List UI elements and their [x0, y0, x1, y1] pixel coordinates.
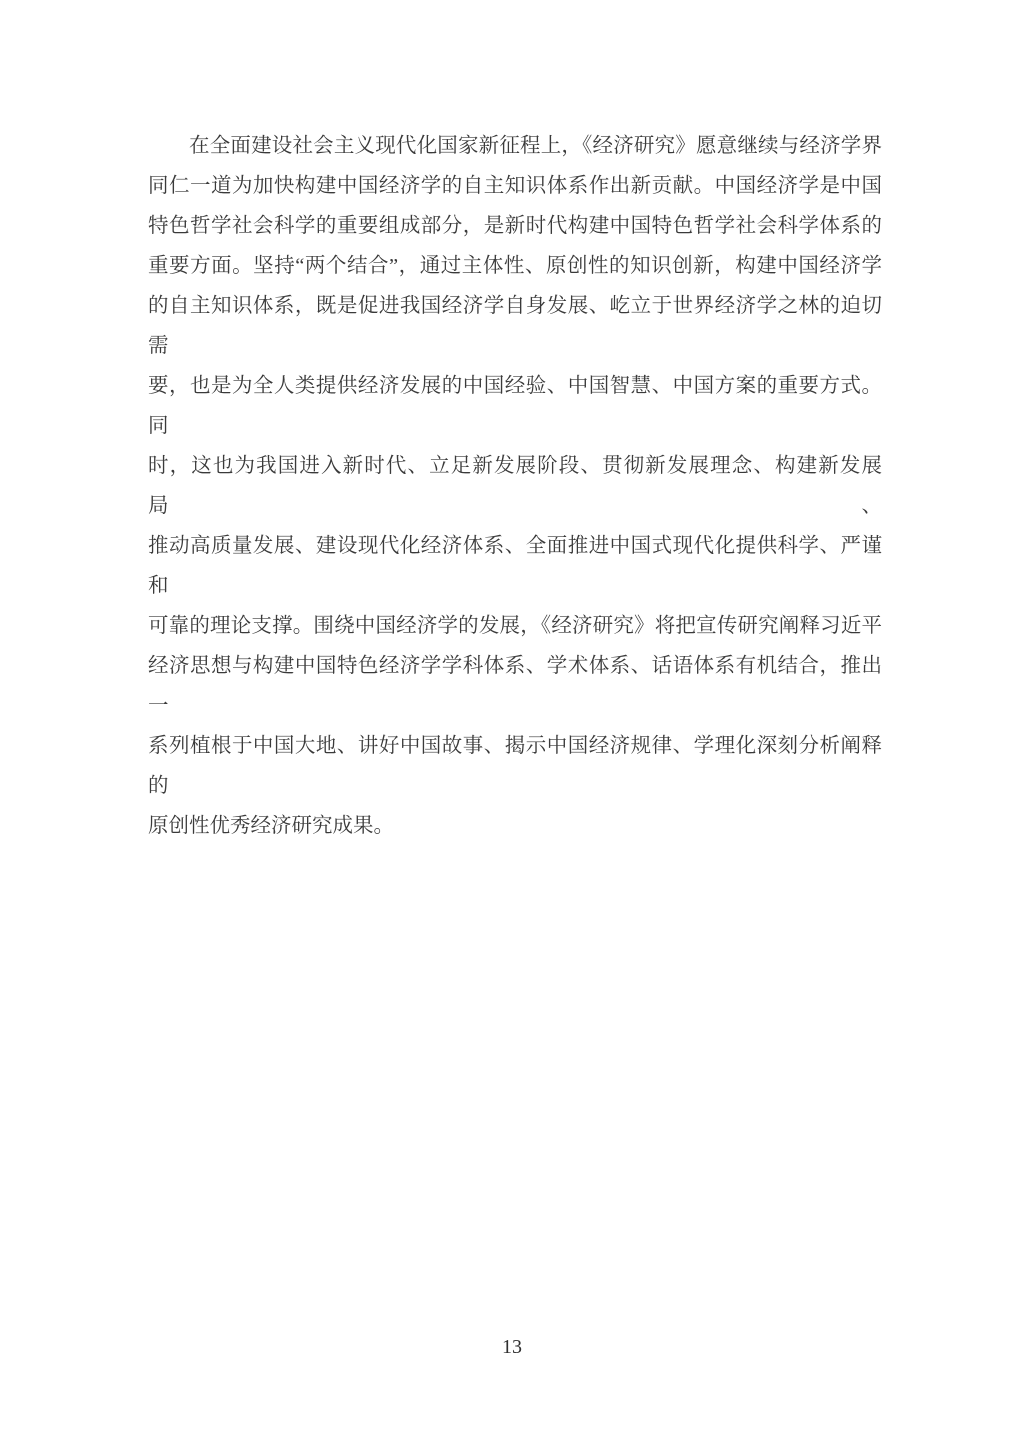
paragraph-line: 特色哲学社会科学的重要组成部分，是新时代构建中国特色哲学社会科学体系的 [148, 206, 882, 246]
paragraph-line: 的自主知识体系，既是促进我国经济学自身发展、屹立于世界经济学之林的迫切需 [148, 286, 882, 366]
paragraph-line: 时，这也为我国进入新时代、立足新发展阶段、贯彻新发展理念、构建新发展局、 [148, 446, 882, 526]
paragraph-line: 推动高质量发展、建设现代化经济体系、全面推进中国式现代化提供科学、严谨和 [148, 526, 882, 606]
page-number: 13 [0, 1334, 1024, 1360]
paragraph-line: 经济思想与构建中国特色经济学学科体系、学术体系、话语体系有机结合，推出一 [148, 646, 882, 726]
paragraph-line: 原创性优秀经济研究成果。 [148, 806, 882, 846]
paragraph: 在全面建设社会主义现代化国家新征程上，《经济研究》愿意继续与经济学界 同仁一道为… [148, 126, 882, 846]
paragraph-line: 重要方面。坚持“两个结合”，通过主体性、原创性的知识创新，构建中国经济学 [148, 246, 882, 286]
paragraph-line: 同仁一道为加快构建中国经济学的自主知识体系作出新贡献。中国经济学是中国 [148, 166, 882, 206]
document-page: 在全面建设社会主义现代化国家新征程上，《经济研究》愿意继续与经济学界 同仁一道为… [0, 0, 1024, 1448]
paragraph-line: 可靠的理论支撑。围绕中国经济学的发展，《经济研究》将把宣传研究阐释习近平 [148, 606, 882, 646]
paragraph-line: 要，也是为全人类提供经济发展的中国经验、中国智慧、中国方案的重要方式。同 [148, 366, 882, 446]
paragraph-line: 在全面建设社会主义现代化国家新征程上，《经济研究》愿意继续与经济学界 [148, 126, 882, 166]
paragraph-line: 系列植根于中国大地、讲好中国故事、揭示中国经济规律、学理化深刻分析阐释的 [148, 726, 882, 806]
